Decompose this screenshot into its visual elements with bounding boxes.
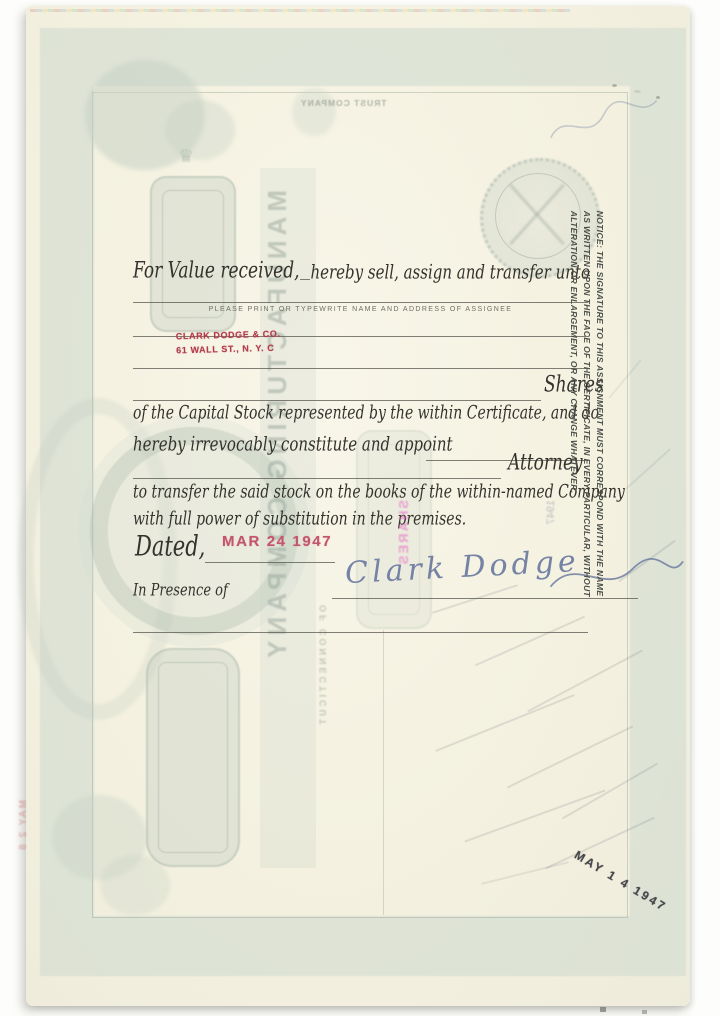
assignee-broker-stamp: CLARK DODGE & CO. 61 WALL ST., N. Y. C [176,328,281,358]
bleedthrough-trust-company: TRUST COMPANY [300,98,387,108]
value-received-text: For Value received, [133,258,300,284]
paper-damage-speck [612,84,617,87]
attorney-line [133,478,501,479]
sell-assign-text: hereby sell, assign and transfer unto [310,260,590,284]
scan-edge-mark [600,1007,606,1012]
bleedthrough-left-edge-stamp: MAY 2 8 [18,800,29,860]
notice-line: ALTERATION OR ENLARGEMENT, OR ANY CHANGE… [566,211,579,607]
notice-line: NOTICE: THE SIGNATURE TO THIS ASSIGNMENT… [593,211,606,607]
crown-icon: ♛ [178,146,194,167]
assignor-blank-line [300,279,311,280]
scan-edge-artifact [30,9,570,12]
signature-notice: NOTICE: THE SIGNATURE TO THIS ASSIGNMENT… [566,211,606,607]
appoint-text: hereby irrevocably constitute and appoin… [133,432,453,456]
dated-label: Dated, [135,530,205,562]
broker-stamp-address: 61 WALL ST., N. Y. C [176,341,281,357]
dated-line [205,562,335,563]
assignee-name-line [133,302,588,303]
dated-stamp: MAR 24 1947 [222,533,332,550]
scan-edge-mark [642,1010,647,1014]
assignment-opening-line: For Value received, hereby sell, assign … [133,264,590,284]
shares-line [133,400,541,401]
bleedthrough-vertical-hairline [383,630,384,915]
bleedthrough-cartouche-bottom [146,648,240,867]
power-text: with full power of substitution in the p… [133,509,466,530]
capital-stock-text: of the Capital Stock represented by the … [133,403,599,424]
notice-line: AS WRITTEN UPON THE FACE OF THE CERTIFIC… [579,211,592,607]
assignee-caption: PLEASE PRINT OR TYPEWRITE NAME AND ADDRE… [133,306,588,313]
corner-scroll-ornament [165,100,235,160]
corner-scroll-ornament [292,88,336,136]
paper-damage-speck [656,96,660,99]
scanned-certificate-back: ♛ MANUFACTURING COMPANY OF CONNECTICUT T… [0,0,720,1016]
assignee-line [133,368,588,369]
paper-damage-speck [634,90,641,93]
witness-line [133,632,588,633]
bleedthrough-year: 1947 [545,500,557,534]
in-presence-label: In Presence of [133,581,228,601]
